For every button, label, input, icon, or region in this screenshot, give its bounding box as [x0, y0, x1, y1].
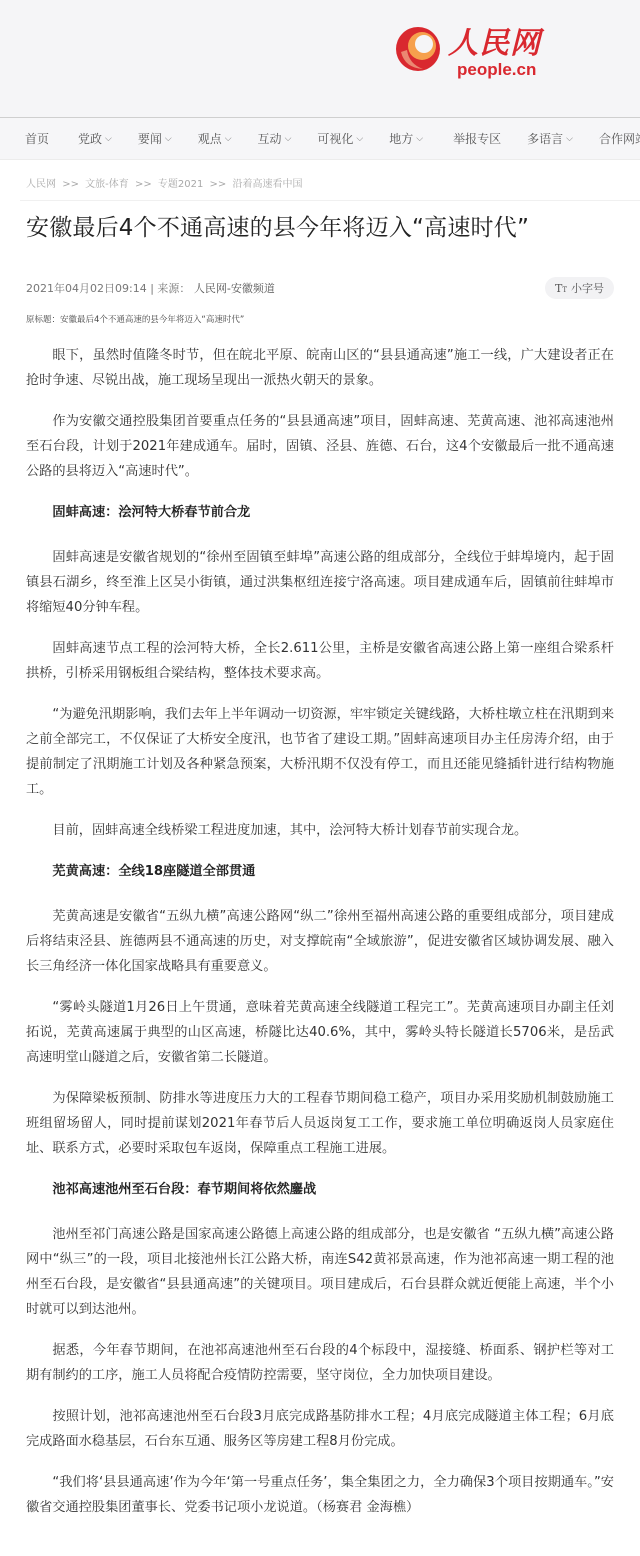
nav-label: 互动 — [258, 130, 282, 147]
nav-label: 举报专区 — [453, 130, 501, 147]
nav-label: 党政 — [78, 130, 102, 147]
nav-label: 地方 — [389, 130, 413, 147]
nav-label: 合作网站 — [599, 130, 640, 147]
breadcrumb-separator: >> — [210, 179, 227, 190]
breadcrumb-link-highway-china[interactable]: 沿着高速看中国 — [232, 179, 302, 190]
nav-label: 可视化 — [317, 130, 353, 147]
paragraph: 作为安徽交通控股集团首要重点任务的“县县通高速”项目，固蚌高速、芜黄高速、池祁高… — [26, 409, 614, 484]
nav-item-partner-sites[interactable]: 合作网站 ⌵ — [599, 130, 640, 147]
original-title: 原标题：安徽最后4个不通高速的县今年将迈入“高速时代” — [26, 313, 614, 325]
chevron-down-icon: ⌵ — [105, 134, 112, 144]
nav-item-visualization[interactable]: 可视化 ⌵ — [317, 130, 363, 147]
nav-item-interactive[interactable]: 互动 ⌵ — [258, 130, 292, 147]
breadcrumb-link-special-2021[interactable]: 专题2021 — [158, 179, 203, 190]
article-body: 眼下，虽然时值隆冬时节，但在皖北平原、皖南山区的“县县通高速”施工一线，广大建设… — [26, 343, 614, 1520]
section-subheading: 固蚌高速：浍河特大桥春节前合龙 — [26, 500, 614, 525]
section-subheading: 芜黄高速：全线18座隧道全部贯通 — [26, 859, 614, 884]
chevron-down-icon: ⌵ — [356, 134, 363, 144]
site-header: 人民网 people.cn — [0, 0, 640, 118]
breadcrumb: 人民网 >> 文旅-体育 >> 专题2021 >> 沿着高速看中国 — [0, 160, 640, 196]
paragraph: 固蚌高速是安徽省规划的“徐州至固镇至蚌埠”高速公路的组成部分，全线位于蚌埠境内，… — [26, 545, 614, 620]
nav-label: 要闻 — [138, 130, 162, 147]
breadcrumb-link-home[interactable]: 人民网 — [26, 179, 56, 190]
chevron-down-icon: ⌵ — [285, 134, 292, 144]
nav-label: 多语言 — [527, 130, 563, 147]
chevron-down-icon: ⌵ — [566, 134, 573, 144]
publish-datetime: 2021年04月02日09:14 — [26, 282, 147, 295]
nav-item-party-gov[interactable]: 党政 ⌵ — [78, 130, 112, 147]
chevron-down-icon: ⌵ — [165, 134, 172, 144]
nav-label: 观点 — [198, 130, 222, 147]
font-size-label: 小字号 — [571, 280, 604, 296]
chevron-down-icon: ⌵ — [416, 134, 423, 144]
nav-item-languages[interactable]: 多语言 ⌵ — [527, 130, 573, 147]
paragraph: 据悉，今年春节期间，在池祁高速池州至石台段的4个标段中，湿接缝、桥面系、钢护栏等… — [26, 1338, 614, 1388]
section-subheading: 池祁高速池州至石台段：春节期间将依然鏖战 — [26, 1177, 614, 1202]
article-title: 安徽最后4个不通高速的县今年将迈入“高速时代” — [26, 211, 614, 245]
paragraph: “我们将‘县县通高速’作为今年‘第一号重点任务’，集全集团之力，全力确保3个项目… — [26, 1470, 614, 1520]
paragraph: 固蚌高速节点工程的浍河特大桥，全长2.611公里，主桥是安徽省高速公路上第一座组… — [26, 636, 614, 686]
font-size-toggle-button[interactable]: TT 小字号 — [545, 277, 614, 299]
chevron-down-icon: ⌵ — [225, 134, 232, 144]
nav-item-home[interactable]: 首页 — [25, 130, 49, 147]
paragraph: 眼下，虽然时值隆冬时节，但在皖北平原、皖南山区的“县县通高速”施工一线，广大建设… — [26, 343, 614, 393]
breadcrumb-link-culture-sports[interactable]: 文旅-体育 — [85, 179, 129, 190]
source-label: | 来源： — [150, 282, 190, 295]
nav-item-opinion[interactable]: 观点 ⌵ — [198, 130, 232, 147]
logo-swirl-icon — [393, 24, 443, 74]
logo-domain-text: people.cn — [457, 60, 536, 80]
paragraph: 芜黄高速是安徽省“五纵九横”高速公路网“纵二”徐州至福州高速公路的重要组成部分，… — [26, 904, 614, 979]
article-meta: 2021年04月02日09:14 | 来源： 人民网-安徽频道 — [26, 280, 275, 296]
breadcrumb-separator: >> — [135, 179, 152, 190]
paragraph: 池州至祁门高速公路是国家高速公路德上高速公路的组成部分，也是安徽省 “五纵九横”… — [26, 1222, 614, 1322]
nav-item-headlines[interactable]: 要闻 ⌵ — [138, 130, 172, 147]
text-size-icon: TT — [555, 282, 567, 295]
nav-label: 首页 — [25, 130, 49, 147]
paragraph: 目前，固蚌高速全线桥梁工程进度加速，其中，浍河特大桥计划春节前实现合龙。 — [26, 818, 614, 843]
paragraph: “雾岭头隧道1月26日上午贯通，意味着芜黄高速全线隧道工程完工”。芜黄高速项目办… — [26, 995, 614, 1070]
paragraph: 为保障梁板预制、防排水等进度压力大的工程春节期间稳工稳产，项目办采用奖励机制鼓励… — [26, 1086, 614, 1161]
paragraph: “为避免汛期影响，我们去年上半年调动一切资源，牢牢锁定关键线路，大桥柱墩立柱在汛… — [26, 702, 614, 802]
nav-item-report[interactable]: 举报专区 — [453, 130, 501, 147]
source-link[interactable]: 人民网-安徽频道 — [194, 282, 275, 295]
logo-chinese-text: 人民网 — [448, 18, 541, 62]
title-divider — [20, 200, 640, 201]
main-nav: 首页 党政 ⌵ 要闻 ⌵ 观点 ⌵ 互动 ⌵ 可视化 ⌵ 地方 ⌵ 举报专区 多… — [0, 118, 640, 160]
nav-item-local[interactable]: 地方 ⌵ — [389, 130, 423, 147]
article-meta-row: 2021年04月02日09:14 | 来源： 人民网-安徽频道 TT 小字号 — [26, 277, 614, 299]
breadcrumb-separator: >> — [62, 179, 79, 190]
people-cn-logo[interactable]: 人民网 people.cn — [393, 18, 553, 78]
paragraph: 按照计划，池祁高速池州至石台段3月底完成路基防排水工程；4月底完成隧道主体工程；… — [26, 1404, 614, 1454]
